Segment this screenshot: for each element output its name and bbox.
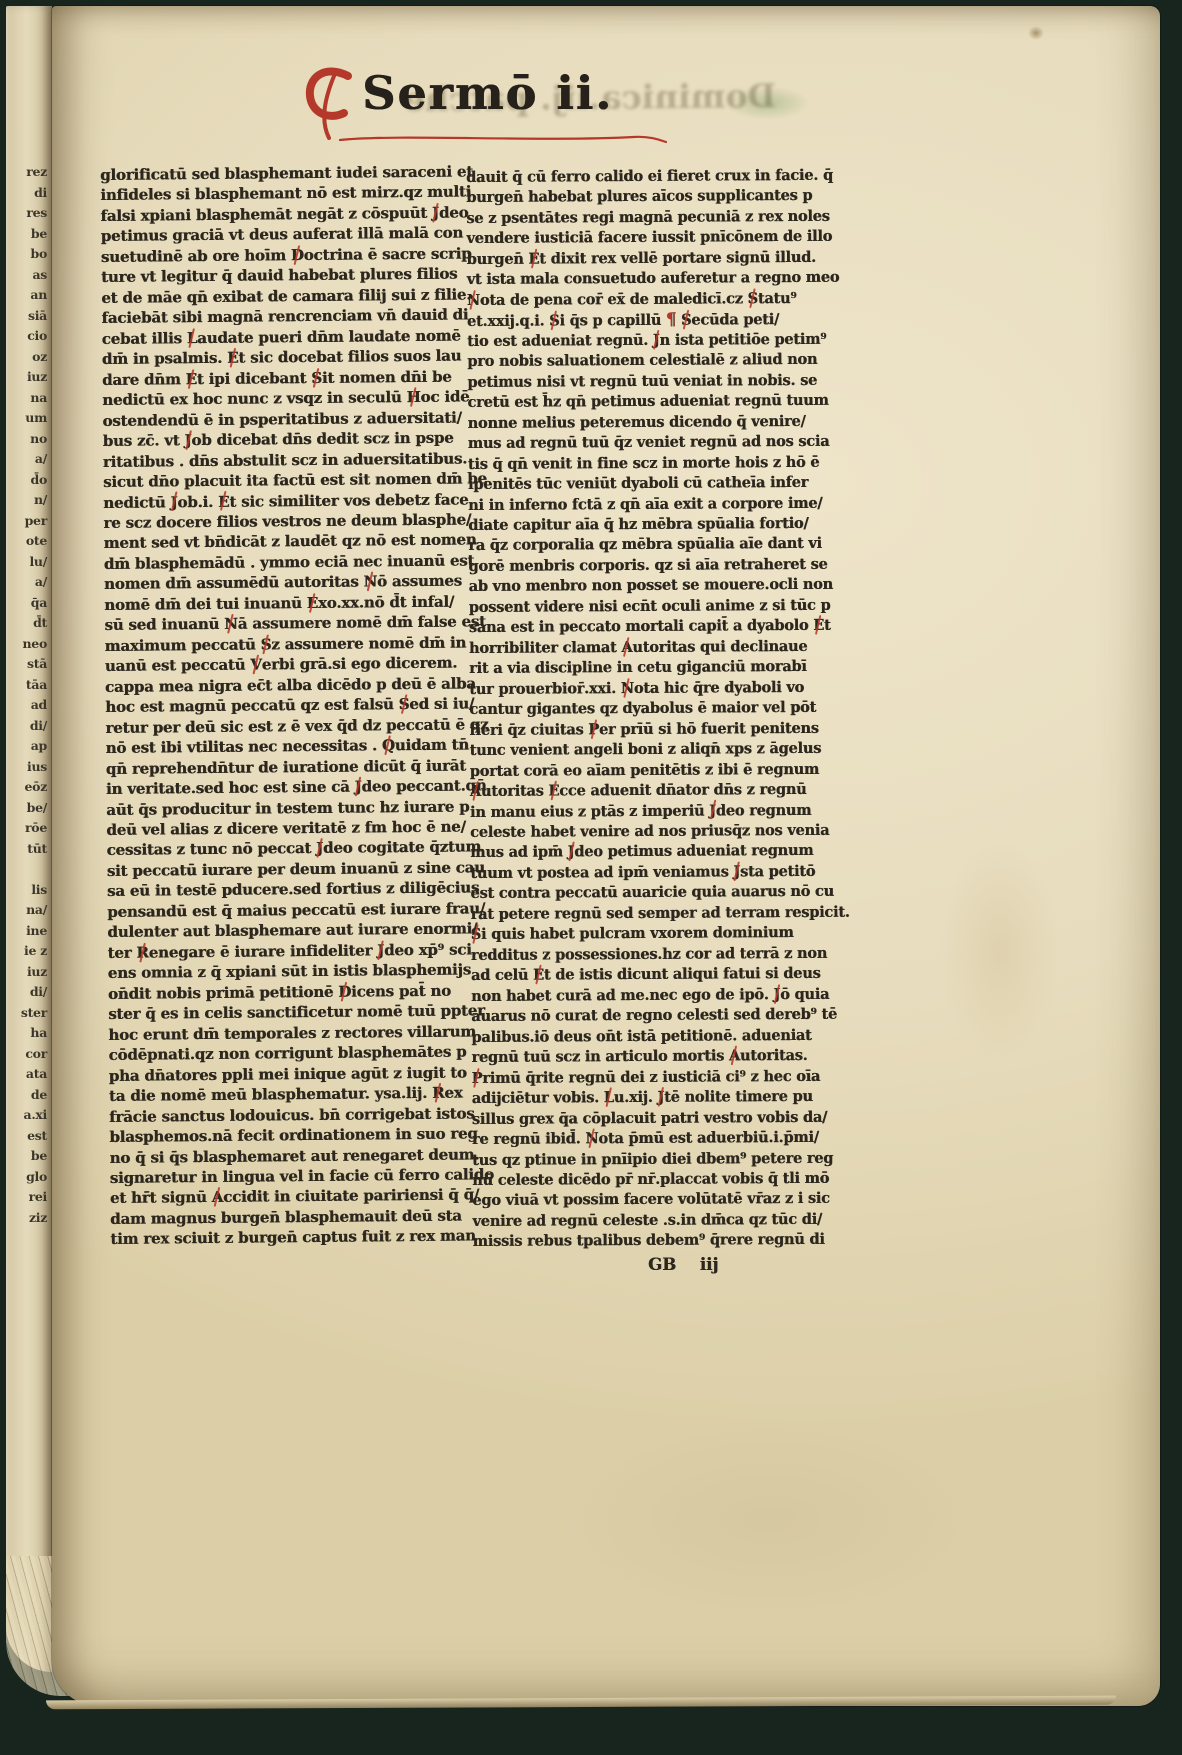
text-line: di/ bbox=[6, 718, 52, 739]
text-line: ine bbox=[6, 923, 52, 944]
text-line: sana est in peccato mortali capit̄ a dya… bbox=[469, 616, 803, 639]
text-line: dauit q̄ cū ferro calido ei fieret crux … bbox=[466, 166, 800, 189]
text-line: iuz bbox=[6, 369, 52, 390]
text-line: siā bbox=[6, 308, 52, 329]
text-line bbox=[6, 861, 52, 882]
text-column-right: dauit q̄ cū ferro calido ei fieret crux … bbox=[466, 166, 807, 1253]
text-line: ote bbox=[6, 533, 52, 554]
text-line: rōe bbox=[6, 820, 52, 841]
text-line: bo bbox=[6, 246, 52, 267]
text-line: um bbox=[6, 410, 52, 431]
text-line: as bbox=[6, 267, 52, 288]
text-line: rat petere regnū sed semper ad terram re… bbox=[471, 903, 805, 926]
book-photograph: rezdiresbeboasansiāciooziuznaumnoa/d̄on/… bbox=[0, 0, 1182, 1755]
text-line: lu/ bbox=[6, 554, 52, 575]
text-line: nonne melius peteremus dicendo q̄ venire… bbox=[468, 412, 802, 435]
text-line: petimus nisi vt regnū tuū veniat in nobi… bbox=[467, 371, 801, 394]
text-line: non habet curā ad me.nec ego de ipō. Jō … bbox=[471, 985, 805, 1008]
text-line: iuz bbox=[6, 964, 52, 985]
text-line: cantur gigantes qz dyabolus ē maior vel … bbox=[469, 698, 803, 721]
text-line: n/ bbox=[6, 492, 52, 513]
text-line: ziz bbox=[6, 1210, 52, 1231]
text-line: ster bbox=[6, 1005, 52, 1026]
text-line: res bbox=[6, 205, 52, 226]
text-line: re regnū ibid̄. Nota p̄mū est aduerbiū.i… bbox=[472, 1128, 806, 1151]
text-line: tio est adueniat regnū. Jn ista petitiōe… bbox=[467, 330, 801, 353]
text-line: ego viuā vt possim facere volūtatē vr̄az… bbox=[472, 1189, 806, 1212]
text-line: cretū est h̄z qn̄ petimus adueniat regnū… bbox=[467, 391, 801, 414]
text-line: tur prouerbior̄.xxi. Nota hic q̄re dyabo… bbox=[469, 678, 803, 701]
text-line: palibus.iō deus on̄t istā petitionē. adu… bbox=[471, 1026, 805, 1049]
text-line: nū celeste dicēdo pr̄ nr̄.placcat vobis … bbox=[472, 1169, 806, 1192]
gutter-text-fragments: rezdiresbeboasansiāciooziuznaumnoa/d̄on/… bbox=[6, 6, 52, 1230]
text-line: horribiliter clamat Autoritas qui declin… bbox=[469, 637, 803, 660]
text-line: Autoritas Ecce aduenit dn̄ator dn̄s z re… bbox=[470, 780, 804, 803]
text-line: rei bbox=[6, 1189, 52, 1210]
text-line: regnū tuū scz in articulo mortis Autorit… bbox=[471, 1046, 805, 1069]
text-line: ha bbox=[6, 1025, 52, 1046]
text-line: tis q̄ qn̄ venit in fine scz in morte ho… bbox=[468, 453, 802, 476]
text-line: ra q̄z corporalia qz mēbra spūalia aīe d… bbox=[468, 534, 802, 557]
text-line: neo bbox=[6, 636, 52, 657]
text-line: ipenitēs tūc veniūt dyaboli cū catheīa i… bbox=[468, 473, 802, 496]
text-line: rez bbox=[6, 164, 52, 185]
text-line: a/ bbox=[6, 574, 52, 595]
text-line: be/ bbox=[6, 800, 52, 821]
signature-mark: GB iij bbox=[648, 1255, 718, 1274]
text-line: Si quis habet pulcram vxorem dominium bbox=[471, 923, 805, 946]
text-line: tim rex sciuit z burgen̄ captus fuit z r… bbox=[110, 1227, 476, 1251]
text-line: mus ad regnū tuū q̄z veniet regnū ad nos… bbox=[468, 432, 802, 455]
text-line: eōz bbox=[6, 779, 52, 800]
text-line: Primū q̄rite regnū dei z iusticiā ci⁹ z … bbox=[472, 1067, 806, 1090]
page-title: Sermō ii. bbox=[362, 66, 613, 120]
text-line: sillus grex q̄a cōplacuit patri vestro v… bbox=[472, 1108, 806, 1131]
text-line: per bbox=[6, 513, 52, 534]
text-line: ni in inferno fctā z qn̄ aīa exit a corp… bbox=[468, 493, 802, 516]
text-line: lis bbox=[6, 882, 52, 903]
text-column-left: glorificatū sed blasphemant iudei sarace… bbox=[100, 162, 476, 1250]
text-line: a.xi bbox=[6, 1107, 52, 1128]
text-line: burgen̄ Et dixit rex vellē portare signū… bbox=[467, 248, 801, 271]
red-underline-flourish bbox=[338, 130, 668, 150]
text-line: Nota de pena cor̄ ex̄ de maledicī.cz Sta… bbox=[467, 289, 801, 312]
text-line: adijciētur vobis. Lu.xij. Jtē nolite tim… bbox=[472, 1087, 806, 1110]
text-line: possent videre nisi ecn̄t oculi anime z … bbox=[469, 596, 803, 619]
text-line: auarus nō curat de regno celesti sed der… bbox=[471, 1005, 805, 1028]
text-line: di bbox=[6, 185, 52, 206]
text-line: no bbox=[6, 431, 52, 452]
text-line: q̄a bbox=[6, 595, 52, 616]
text-line: vendere iusticiā facere iussit pnīcōnem … bbox=[466, 227, 800, 250]
text-line: glo bbox=[6, 1169, 52, 1190]
text-line: de bbox=[6, 1087, 52, 1108]
text-line: fieri q̄z ciuitas Per prīū si hō fuerit … bbox=[469, 719, 803, 742]
text-line: na/ bbox=[6, 902, 52, 923]
text-line: ie z bbox=[6, 943, 52, 964]
text-line: mus ad ipm̄ Jdeo petimus adueniat regnum bbox=[470, 841, 804, 864]
text-line: vt ista mala consuetudo auferetur a regn… bbox=[467, 268, 801, 291]
text-line: tāa bbox=[6, 677, 52, 698]
text-line: d̄o bbox=[6, 472, 52, 493]
text-line: redditus z possessiones.hz cor ad terrā … bbox=[471, 944, 805, 967]
previous-leaf-edge: rezdiresbeboasansiāciooziuznaumnoa/d̄on/… bbox=[6, 6, 52, 1672]
text-line: diate capitur aīa q̄ hz mēbra spūalia fo… bbox=[468, 514, 802, 537]
text-line: tūt bbox=[6, 841, 52, 862]
text-line: portat corā eo aīam penitētis z ibi ē re… bbox=[470, 760, 804, 783]
text-line: be bbox=[6, 226, 52, 247]
text-line: gorē menbris corporis. qz si aīa retrahe… bbox=[468, 555, 802, 578]
text-line: stā bbox=[6, 656, 52, 677]
text-line: tunc venient angeli boni z aliqn̄ xps z … bbox=[470, 739, 804, 762]
text-line: an bbox=[6, 287, 52, 308]
text-line: d̄t bbox=[6, 615, 52, 636]
text-line: et.xxij.q.i. Si q̄s p capillū ¶ Secūda p… bbox=[467, 309, 801, 332]
text-line: cor bbox=[6, 1046, 52, 1067]
text-line: ad bbox=[6, 697, 52, 718]
text-line: ab vno menbro non posset se mouere.ocli … bbox=[469, 575, 803, 598]
text-line: burgen̄ habebat plures aīcos supplicante… bbox=[466, 186, 800, 209]
text-line: se z psentātes regi magnā pecuniā z rex … bbox=[466, 207, 800, 230]
text-line: est contra peccatū auaricie quia auarus … bbox=[470, 882, 804, 905]
text-line: in manu eius z ptās z imperiū Jdeo regnu… bbox=[470, 800, 804, 823]
text-line: di/ bbox=[6, 984, 52, 1005]
text-line: a/ bbox=[6, 451, 52, 472]
text-line: ius bbox=[6, 759, 52, 780]
text-line: missis rebus tpalibus debem⁹ q̄rere regn… bbox=[473, 1230, 807, 1253]
text-line: celeste habet venire ad nos priusq̄z nos… bbox=[470, 821, 804, 844]
text-line: be bbox=[6, 1148, 52, 1169]
text-line: na bbox=[6, 390, 52, 411]
text-line: oz bbox=[6, 349, 52, 370]
text-line: tuum vt postea ad ipm̄ veniamus Jsta pet… bbox=[470, 862, 804, 885]
text-line: ata bbox=[6, 1066, 52, 1087]
text-line: ap bbox=[6, 738, 52, 759]
text-line: cio bbox=[6, 328, 52, 349]
text-line: venire ad regnū celeste .s.in dm̄ca qz t… bbox=[472, 1210, 806, 1233]
running-head: Dominica.iij. patche Sermō ii. bbox=[250, 56, 870, 156]
text-line: pro nobis saluationem celestialē z aliud… bbox=[467, 350, 801, 373]
text-line: ad celū Et de istis dicunt aliqui fatui … bbox=[471, 964, 805, 987]
text-line: tus qz ptinue in pnīipio diei dbem⁹ pete… bbox=[472, 1148, 806, 1171]
text-line: est bbox=[6, 1128, 52, 1149]
text-line: rit a via discipline in cetu giganciū mo… bbox=[469, 657, 803, 680]
